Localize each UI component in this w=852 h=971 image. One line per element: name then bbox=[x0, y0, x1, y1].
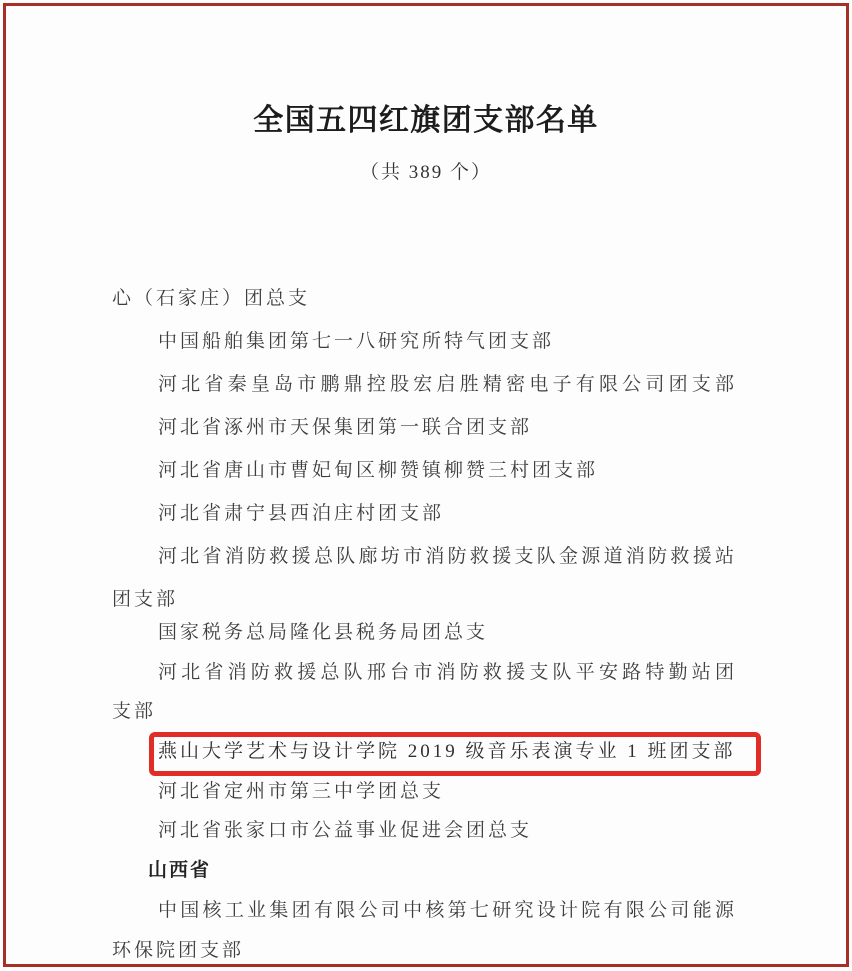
entry-text: 河北省肃宁县西泊庄村团支部 bbox=[112, 492, 737, 535]
entry-text: 燕山大学艺术与设计学院 2019 级音乐表演专业 1 班团支部 bbox=[112, 732, 737, 772]
entry-text: 支部 bbox=[112, 692, 737, 732]
entry-text: 河北省消防救援总队廊坊市消防救援支队金源道消防救援站 bbox=[112, 535, 737, 578]
list-entry-line: 河北省唐山市曹妃甸区柳赞镇柳赞三村团支部 bbox=[112, 449, 737, 492]
list-entry-line: 心（石家庄）团总支 bbox=[112, 277, 737, 320]
list-entry-line: 支部 bbox=[112, 692, 737, 732]
entry-text: 山西省 bbox=[112, 851, 737, 891]
entry-text: 河北省定州市第三中学团总支 bbox=[112, 772, 737, 812]
list-entry-line: 河北省消防救援总队廊坊市消防救援支队金源道消防救援站 bbox=[112, 535, 737, 578]
list-entry-line: 国家税务总局隆化县税务局团总支 bbox=[112, 613, 737, 653]
list-entry-line: 环保院团支部 bbox=[112, 931, 737, 971]
entry-list: 心（石家庄）团总支 中国船舶集团第七一八研究所特气团支部 河北省秦皇岛市鹏鼎控股… bbox=[112, 277, 737, 970]
entry-text: 国家税务总局隆化县税务局团总支 bbox=[112, 613, 737, 653]
entry-text: 河北省涿州市天保集团第一联合团支部 bbox=[112, 406, 737, 449]
entry-text: 河北省张家口市公益事业促进会团总支 bbox=[112, 811, 737, 851]
list-entry-line: 河北省张家口市公益事业促进会团总支 bbox=[112, 811, 737, 851]
list-entry-line: 河北省消防救援总队邢台市消防救援支队平安路特勤站团 bbox=[112, 653, 737, 693]
list-entry-line: 中国核工业集团有限公司中核第七研究设计院有限公司能源 bbox=[112, 891, 737, 931]
entry-text: 河北省唐山市曹妃甸区柳赞镇柳赞三村团支部 bbox=[112, 449, 737, 492]
entry-text: 中国船舶集团第七一八研究所特气团支部 bbox=[112, 320, 737, 363]
list-entry-line: 中国船舶集团第七一八研究所特气团支部 bbox=[112, 320, 737, 363]
highlighted-entry-line: 燕山大学艺术与设计学院 2019 级音乐表演专业 1 班团支部 bbox=[112, 732, 737, 772]
entry-text: 环保院团支部 bbox=[112, 931, 737, 971]
entry-text: 中国核工业集团有限公司中核第七研究设计院有限公司能源 bbox=[112, 891, 737, 931]
document-page: 全国五四红旗团支部名单 （共 389 个） 心（石家庄）团总支 中国船舶集团第七… bbox=[0, 0, 852, 971]
entry-text: 心（石家庄）团总支 bbox=[112, 277, 737, 320]
list-entry-line: 河北省秦皇岛市鹏鼎控股宏启胜精密电子有限公司团支部 bbox=[112, 363, 737, 406]
entry-text: 河北省秦皇岛市鹏鼎控股宏启胜精密电子有限公司团支部 bbox=[112, 363, 737, 406]
section-header-line: 山西省 bbox=[112, 851, 737, 891]
list-entry-line: 河北省肃宁县西泊庄村团支部 bbox=[112, 492, 737, 535]
entry-text: 河北省消防救援总队邢台市消防救援支队平安路特勤站团 bbox=[112, 653, 737, 693]
list-entry-line: 河北省定州市第三中学团总支 bbox=[112, 772, 737, 812]
list-entry-line: 河北省涿州市天保集团第一联合团支部 bbox=[112, 406, 737, 449]
document-title: 全国五四红旗团支部名单 bbox=[0, 101, 852, 141]
document-subtitle: （共 389 个） bbox=[0, 160, 852, 186]
